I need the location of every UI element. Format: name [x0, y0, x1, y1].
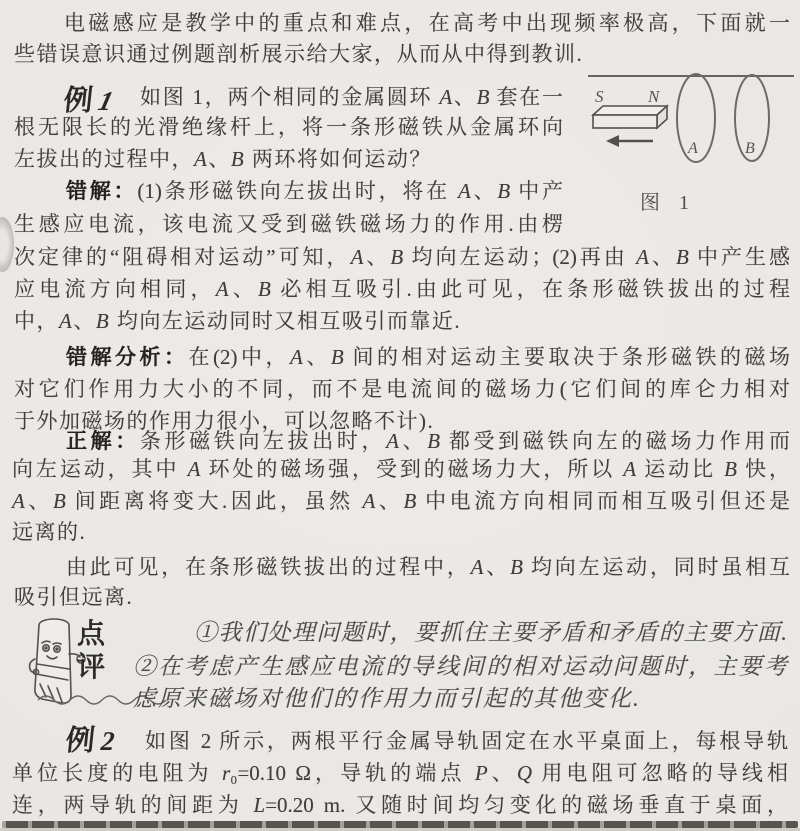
- example2-line: 单位长度的电阻为 r₀=0.10 Ω，导轨的端点 P、Q 用电阻可忽略的导线相: [12, 760, 788, 786]
- figure-1-caption: 图 1: [640, 186, 696, 215]
- example1-marker: 例1: [64, 78, 113, 119]
- page-bottom-edge: [2, 821, 798, 828]
- magnet-north-pole-label: N: [647, 87, 661, 106]
- intro-line-1: 电磁感应是教学中的重点和难点，在高考中出现频率极高，下面就一: [64, 10, 790, 36]
- wrong-solution-text: (1)条形磁铁向左拔出时，将在 A、B 中产: [137, 179, 563, 203]
- wrong-solution-line: 错解：(1)条形磁铁向左拔出时，将在 A、B 中产: [66, 178, 563, 204]
- conclusion-line: 由此可见，在条形磁铁拔出的过程中，A、B 均向左运动，同时虽相互: [66, 554, 790, 580]
- analysis-line: 对它们作用力大小的不同，而不是电流间的磁场力(它们间的库仑力相对: [14, 376, 790, 402]
- example2-line: 如图 2 所示，两根平行金属导轨固定在水平桌面上，每根导轨: [145, 728, 788, 754]
- comment-line: ②在考虑产生感应电流的导线间的相对运动问题时，主要考: [133, 653, 788, 681]
- correct-solution-line: 远离的.: [12, 519, 86, 545]
- wrong-solution-line: 次定律的“阻碍相对运动”可知，A、B 均向左运动；(2)再由 A、B 中产生感: [14, 244, 790, 270]
- magnet-top-face: [593, 106, 667, 115]
- analysis-text: 在(2)中，A、B 间的相对运动主要取决于条形磁铁的磁场: [189, 345, 790, 369]
- example-marker-char: 例: [62, 78, 95, 119]
- ring-a-label: A: [687, 140, 698, 157]
- correct-solution-line: A、B 间距离将变大.因此，虽然 A、B 中电流方向相同而相互吸引但还是: [12, 488, 790, 514]
- page-curl-artifact: [0, 217, 14, 272]
- analysis-line: 错解分析：在(2)中，A、B 间的相对运动主要取决于条形磁铁的磁场: [66, 344, 790, 370]
- example-marker-number: 1: [95, 86, 116, 117]
- comment-line: ①我们处理问题时，要抓住主要矛盾和矛盾的主要方面.: [194, 619, 788, 647]
- problem-line: 左拔出的过程中，A、B 两环将如何运动？: [14, 146, 432, 172]
- comment-label-char: 评: [68, 651, 114, 684]
- analysis-label: 错解分析：: [66, 345, 189, 369]
- wrong-solution-line: 生感应电流，该电流又受到磁铁磁场力的作用.由楞: [14, 211, 563, 237]
- magnet-south-pole-label: S: [595, 87, 604, 106]
- example2-line: 连，两导轨的间距为 L=0.20 m. 又随时间均匀变化的磁场垂直于桌面，: [12, 792, 788, 818]
- intro-line-2: 些错误意识通过例题剖析展示给大家，从而从中得到教训.: [14, 41, 583, 67]
- wrong-solution-label: 错解：: [66, 179, 137, 203]
- correct-solution-line: 正解：条形磁铁向左拔出时，A、B 都受到磁铁向左的磁场力作用而: [66, 428, 790, 454]
- correct-solution-label: 正解：: [66, 429, 140, 453]
- magnet-front-face: [593, 115, 657, 128]
- scanned-textbook-page: 电磁感应是教学中的重点和难点，在高考中出现频率极高，下面就一 些错误意识通过例题…: [0, 0, 800, 831]
- example-marker-number: 2: [100, 726, 116, 757]
- example-marker-char: 例: [64, 718, 97, 759]
- wrong-solution-line: 中，A、B 均向左运动同时又相互吸引而靠近.: [14, 308, 461, 334]
- comment-line: 虑原来磁场对他们的作用力而引起的其他变化.: [133, 685, 641, 713]
- wrong-solution-line: 应电流方向相同，A、B 必相互吸引.由此可见，在条形磁铁拔出的过程: [14, 276, 790, 302]
- left-arrow-icon: [606, 135, 619, 147]
- comment-label: 点 评: [68, 618, 114, 684]
- problem-line: 如图 1，两个相同的金属圆环 A、B 套在一: [140, 84, 563, 110]
- comment-label-char: 点: [68, 618, 114, 651]
- correct-solution-line: 向左运动，其中 A 环处的磁场强，受到的磁场力大，所以 A 运动比 B 快，: [12, 456, 790, 482]
- correct-solution-text: 条形磁铁向左拔出时，A、B 都受到磁铁向左的磁场力作用而: [140, 429, 790, 453]
- conclusion-line: 吸引但远离.: [14, 584, 133, 610]
- example2-marker: 例2: [66, 718, 115, 759]
- problem-line: 根无限长的光滑绝缘杆上，将一条形磁铁从金属环向: [14, 114, 563, 140]
- ring-b-label: B: [745, 140, 755, 157]
